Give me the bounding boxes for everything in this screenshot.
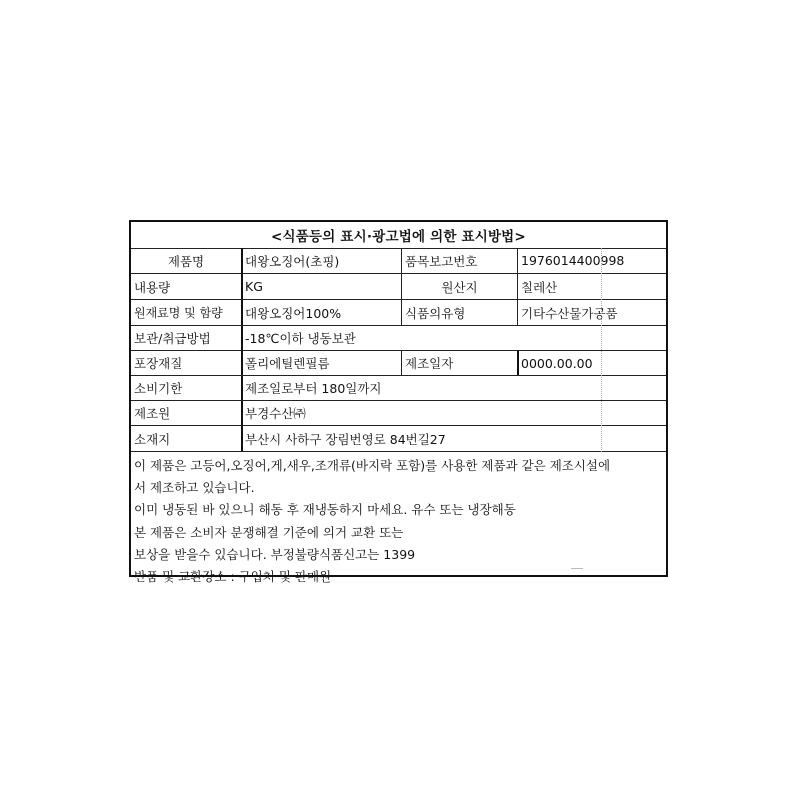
key-expiry: 소비기한 [131,376,241,400]
value-expiry: 제조일로부터 180일까지 [242,376,666,400]
key-address: 소재지 [131,426,241,451]
value-origin: 칠레산 [518,274,666,299]
value-report-number: 1976014400998 [518,248,666,273]
key-storage: 보관/취급방법 [131,326,241,350]
value-ingredients: 대왕오징어100% [242,300,401,325]
key-net-weight: 내용량 [131,274,241,299]
key-ingredients: 원재료명 및 함량 [131,300,241,325]
value-net-weight: KG [242,274,401,299]
scan-artifact-line [601,248,602,452]
row-net-weight: 내용량 KG 원산지 칠레산 [131,274,666,300]
label-title: <식품등의 표시·광고법에 의한 표시방법> [131,222,666,249]
value-food-type: 기타수산물가공품 [518,300,666,325]
notice-line: 이미 냉동된 바 있으니 해동 후 재냉동하지 마세요. 유수 또는 냉장해동 [134,499,664,521]
key-manufacturer: 제조원 [131,401,241,425]
row-expiry: 소비기한 제조일로부터 180일까지 [131,376,666,401]
row-storage: 보관/취급방법 -18℃이하 냉동보관 [131,326,666,351]
notice-line: 서 제조하고 있습니다. [134,477,664,499]
value-product-name: 대왕오징어(초핑) [242,248,401,273]
notice-line: 반품 및 교환장소 : 구입처 및 판매원 [134,566,664,588]
food-label-table: <식품등의 표시·광고법에 의한 표시방법> 제품명 대왕오징어(초핑) 품목보… [129,220,668,577]
key-food-type: 식품의유형 [402,300,517,325]
notice-line: 본 제품은 소비자 분쟁해결 기준에 의거 교환 또는 [134,522,664,544]
row-address: 소재지 부산시 사하구 장림번영로 84번길27 [131,426,666,452]
row-ingredients: 원재료명 및 함량 대왕오징어100% 식품의유형 기타수산물가공품 [131,300,666,326]
row-manufacturer: 제조원 부경수산㈜ [131,401,666,426]
value-packaging: 폴리에틸렌필름 [242,351,401,375]
key-report-number: 품목보고번호 [402,248,517,273]
key-packaging: 포장재질 [131,351,241,375]
row-product-name: 제품명 대왕오징어(초핑) 품목보고번호 1976014400998 [131,248,666,274]
key-manufacture-date: 제조일자 [402,351,517,375]
notice-text: 이 제품은 고등어,오징어,게,새우,조개류(바지락 포함)를 사용한 제품과 … [131,452,666,575]
notice-line: 보상을 받을수 있습니다. 부정불량식품신고는 1399 [134,544,664,566]
scan-speck [571,568,583,569]
row-packaging: 포장재질 폴리에틸렌필름 제조일자 0000.00.00 [131,351,666,376]
value-manufacturer: 부경수산㈜ [242,401,666,425]
key-product-name: 제품명 [131,248,241,273]
value-storage: -18℃이하 냉동보관 [242,326,666,350]
key-origin: 원산지 [402,274,517,299]
value-address: 부산시 사하구 장림번영로 84번길27 [242,426,666,451]
value-manufacture-date: 0000.00.00 [518,351,666,375]
notice-line: 이 제품은 고등어,오징어,게,새우,조개류(바지락 포함)를 사용한 제품과 … [134,455,664,477]
